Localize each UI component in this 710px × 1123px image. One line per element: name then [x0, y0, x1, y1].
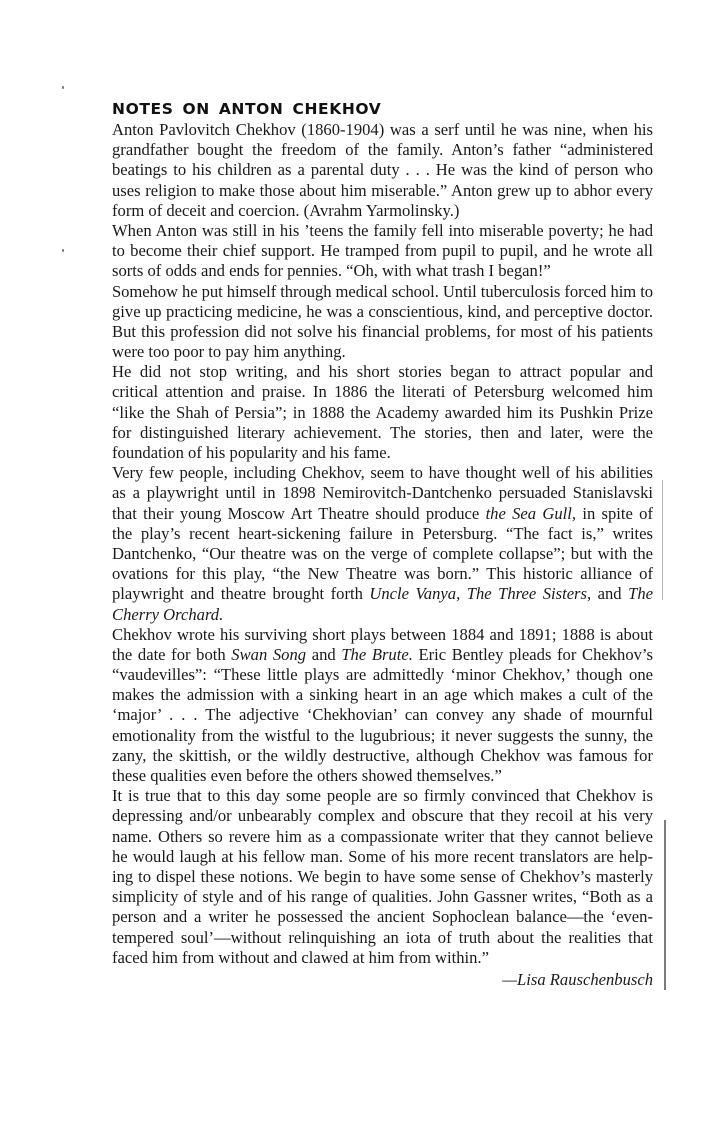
- paragraph: Somehow he put himself through medical s…: [112, 282, 653, 363]
- italic-title: Cherry Orchard.: [112, 605, 223, 624]
- text-line: form of deceit and coercion. (Avrahm Yar…: [112, 201, 653, 221]
- document-body: Anton Pavlovitch Chekhov (1860-1904) was…: [112, 120, 653, 968]
- text-line: It is true that to this day some people …: [112, 786, 653, 806]
- text-line: Very few people, including Chekhov, seem…: [112, 463, 653, 483]
- text-line: person and a writer he possessed the anc…: [112, 907, 653, 927]
- italic-title: The: [628, 584, 653, 603]
- italic-title: The Brute.: [341, 645, 413, 664]
- text-line: “vaudevilles”: “These little plays are a…: [112, 665, 653, 685]
- text-line: beatings to his children as a parental d…: [112, 160, 653, 180]
- text-line: Anton Pavlovitch Chekhov (1860-1904) was…: [112, 120, 653, 140]
- text-line: grandfather bought the freedom of the fa…: [112, 140, 653, 160]
- text-line: to become their chief support. He trampe…: [112, 241, 653, 261]
- text-line: faced him from without and clawed at him…: [112, 948, 653, 968]
- text-line: ‘major’ . . . The adjective ‘Chekhovian’…: [112, 705, 653, 725]
- text-line: depressing and/or unbearably complex and…: [112, 806, 653, 826]
- text-line: as a playwright until in 1898 Nemirovitc…: [112, 483, 653, 503]
- author-signature: —Lisa Rauschenbusch: [112, 970, 653, 990]
- text-line: Dantchenko, “Our theatre was on the verg…: [112, 544, 653, 564]
- text-line: playwright and theatre brought forth Unc…: [112, 584, 653, 604]
- scan-edge-shadow: [662, 480, 663, 600]
- scan-edge-shadow: [664, 820, 666, 990]
- paragraph: Very few people, including Chekhov, seem…: [112, 463, 653, 625]
- text-line: When Anton was still in his ’teens the f…: [112, 221, 653, 241]
- text-line: But this profession did not solve his fi…: [112, 322, 653, 342]
- scan-speck: [62, 86, 64, 89]
- paragraph: He did not stop writing, and his short s…: [112, 362, 653, 463]
- text-line: ovations for this play, “the New Theatre…: [112, 564, 653, 584]
- text-line: foundation of his popularity and his fam…: [112, 443, 653, 463]
- text-line: ing to dispel these notions. We begin to…: [112, 867, 653, 887]
- paragraph: When Anton was still in his ’teens the f…: [112, 221, 653, 282]
- italic-title: Uncle Vanya, The Three Sisters,: [369, 584, 591, 603]
- text-line: sorts of odds and ends for pennies. “Oh,…: [112, 261, 653, 281]
- text-line: Cherry Orchard.: [112, 605, 653, 625]
- paragraph: Chekhov wrote his surviving short plays …: [112, 625, 653, 787]
- paragraph: It is true that to this day some people …: [112, 786, 653, 968]
- text-line: he would laugh at his fellow man. Some o…: [112, 847, 653, 867]
- text-line: the date for both Swan Song and The Brut…: [112, 645, 653, 665]
- text-line: for distinguished literary achievement. …: [112, 423, 653, 443]
- paragraph: Anton Pavlovitch Chekhov (1860-1904) was…: [112, 120, 653, 221]
- text-line: these qualities even before the others s…: [112, 766, 653, 786]
- text-line: Somehow he put himself through medical s…: [112, 282, 653, 302]
- italic-title: Swan Song: [231, 645, 306, 664]
- text-line: tempered soul’—without relinquishing an …: [112, 928, 653, 948]
- text-line: give up practicing medicine, he was a co…: [112, 302, 653, 322]
- text-line: makes the admission with a sinking heart…: [112, 685, 653, 705]
- text-line: Chekhov wrote his surviving short plays …: [112, 625, 653, 645]
- text-line: zany, the skittish, or the wildly destru…: [112, 746, 653, 766]
- text-line: uses religion to make those about him mi…: [112, 181, 653, 201]
- text-line: the play’s recent heart-sickening failur…: [112, 524, 653, 544]
- text-line: “like the Shah of Persia”; in 1888 the A…: [112, 403, 653, 423]
- text-line: were too poor to pay him anything.: [112, 342, 653, 362]
- text-line: emotionality from the wistful to the lug…: [112, 726, 653, 746]
- scan-speck: [62, 249, 64, 252]
- page-title: NOTES ON ANTON CHEKHOV: [112, 98, 653, 120]
- text-line: simplicity of style and of his range of …: [112, 887, 653, 907]
- italic-title: the Sea Gull,: [486, 504, 576, 523]
- text-line: He did not stop writing, and his short s…: [112, 362, 653, 382]
- text-line: that their young Moscow Art Theatre shou…: [112, 504, 653, 524]
- text-line: name. Others so revere him as a compassi…: [112, 827, 653, 847]
- text-line: critical attention and praise. In 1886 t…: [112, 382, 653, 402]
- document-page: NOTES ON ANTON CHEKHOV Anton Pavlovitch …: [112, 98, 653, 990]
